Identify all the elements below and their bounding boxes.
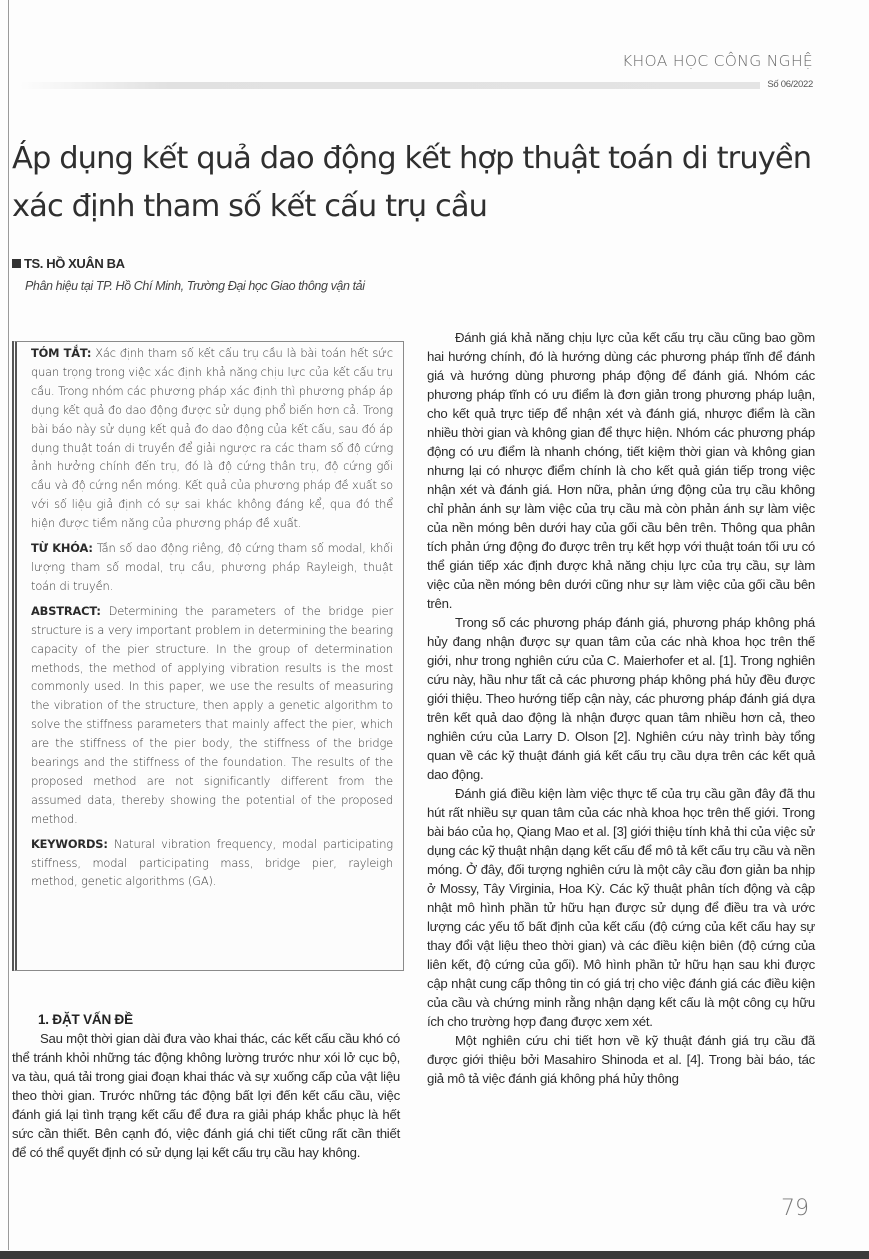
body-paragraph: Trong số các phương pháp đánh giá, phươn… xyxy=(427,613,815,784)
bullet-square-icon xyxy=(12,259,21,268)
body-paragraph: Sau một thời gian dài đưa vào khai thác,… xyxy=(12,1029,400,1162)
abstract-en: ABSTRACT: Determining the parameters of … xyxy=(31,602,393,829)
journal-section-title: KHOA HỌC CÔNG NGHỆ xyxy=(622,52,813,70)
body-column-left: 1. ĐẶT VẤN ĐỀ Sau một thời gian dài đưa … xyxy=(12,1010,400,1162)
abstract-box: TÓM TẮT: Xác định tham số kết cấu trụ cầ… xyxy=(12,341,404,971)
body-paragraph: Đánh giá điều kiện làm việc thực tế của … xyxy=(427,784,815,1031)
keywords-vi-label: TỪ KHÓA: xyxy=(31,541,93,555)
issue-number: Số 06/2022 xyxy=(767,79,813,90)
section-heading: 1. ĐẶT VẤN ĐỀ xyxy=(38,1010,400,1029)
scan-bottom-edge xyxy=(0,1251,869,1259)
author-name: TS. HỒ XUÂN BA xyxy=(12,256,125,271)
page-margin-rule xyxy=(8,0,9,1250)
title-line-1: Áp dụng kết quả dao động kết hợp thuật t… xyxy=(12,141,811,176)
keywords-en: KEYWORDS: Natural vibration frequency, m… xyxy=(31,835,393,892)
keywords-en-label: KEYWORDS: xyxy=(31,837,108,851)
page-number: 79 xyxy=(781,1196,809,1221)
body-column-right: Đánh giá khả năng chịu lực của kết cấu t… xyxy=(427,328,815,1088)
abstract-en-label: ABSTRACT: xyxy=(31,604,101,618)
summary-vi-label: TÓM TẮT: xyxy=(31,346,91,360)
body-paragraph: Đánh giá khả năng chịu lực của kết cấu t… xyxy=(427,328,815,613)
body-paragraph: Một nghiên cứu chi tiết hơn về kỹ thuật … xyxy=(427,1031,815,1088)
article-title: Áp dụng kết quả dao động kết hợp thuật t… xyxy=(12,135,842,231)
keywords-vi: TỪ KHÓA: Tần số dao động riêng, độ cứng … xyxy=(31,539,393,596)
header-divider-bar xyxy=(20,82,760,89)
author-affiliation: Phân hiệu tại TP. Hồ Chí Minh, Trường Đạ… xyxy=(25,279,365,293)
summary-vi: TÓM TẮT: Xác định tham số kết cấu trụ cầ… xyxy=(31,344,393,533)
title-line-2: xác định tham số kết cấu trụ cầu xyxy=(12,189,487,224)
